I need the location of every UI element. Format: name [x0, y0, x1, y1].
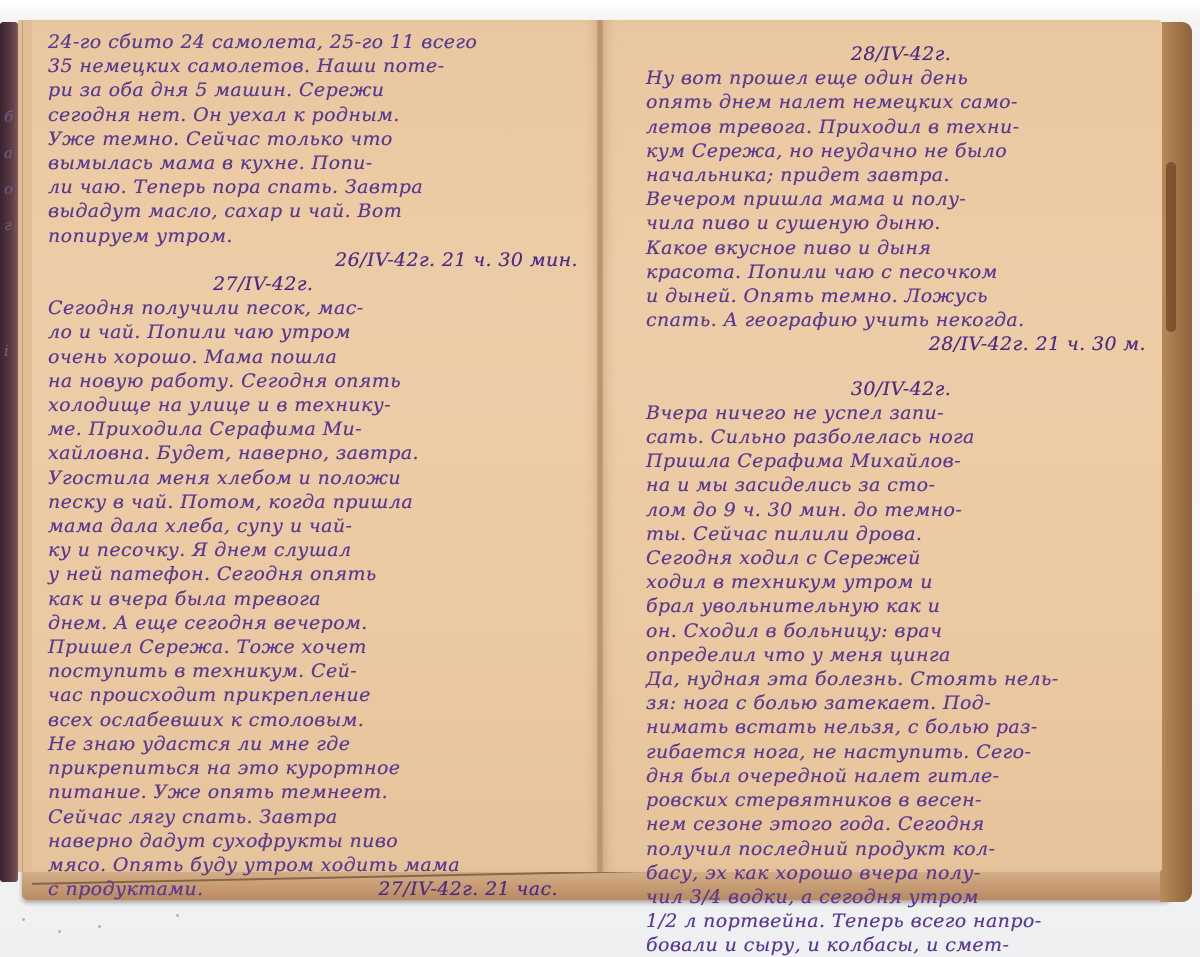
text-line: выдадут масло, сахар и чай. Вот — [48, 199, 588, 223]
entry-signature: 28/IV-42г. 21 ч. 30 м. — [646, 332, 1156, 356]
entry-continued: 24-го сбито 24 самолета, 25-го 11 всего … — [48, 30, 588, 272]
margin-letter: о — [4, 180, 18, 198]
text-line: мама дала хлеба, супу и чай- — [48, 514, 588, 538]
right-page-text: 28/IV-42г. Ну вот прошел еще один день о… — [646, 42, 1156, 957]
left-page-text: 24-го сбито 24 самолета, 25-го 11 всего … — [48, 30, 588, 901]
text-line: Уже темно. Сейчас только что — [48, 127, 588, 151]
entry-spacer — [646, 357, 1156, 377]
text-line: брал увольнительную как и — [646, 594, 1156, 618]
dust-speck — [22, 918, 25, 921]
text-line: летов тревога. Приходил в техни- — [646, 115, 1156, 139]
text-line: наверно дадут сухофрукты пиво — [48, 829, 588, 853]
text-line: Не знаю удастся ли мне где — [48, 732, 588, 756]
text-line: Сегодня получили песок, мас- — [48, 296, 588, 320]
left-margin-letters: б а о г і — [4, 108, 18, 360]
text-line: получил последний продукт кол- — [646, 837, 1156, 861]
dust-speck — [176, 914, 179, 917]
margin-letter: і — [4, 342, 18, 360]
text-line: ходил в техникум утром и — [646, 570, 1156, 594]
text-line: час происходит прикрепление — [48, 683, 588, 707]
text-line: и дыней. Опять темно. Ложусь — [646, 284, 1156, 308]
text-line: прикрепиться на это курортное — [48, 756, 588, 780]
entry-27-april: 27/IV-42г. Сегодня получили песок, мас- … — [48, 272, 588, 901]
text-line: ме. Приходила Серафима Ми- — [48, 417, 588, 441]
text-line: питание. Уже опять темнеет. — [48, 780, 588, 804]
text-line: он. Сходил в больницу: врач — [646, 619, 1156, 643]
text-line: Пришел Сережа. Тоже хочет — [48, 635, 588, 659]
text-line: спать. А географию учить некогда. — [646, 308, 1156, 332]
notebook-cover-right-edge — [1160, 22, 1192, 902]
text-line: сать. Сильно разболелась нога — [646, 425, 1156, 449]
text-line: вымылась мама в кухне. Попи- — [48, 151, 588, 175]
text-line: на и мы засиделись за сто- — [646, 473, 1156, 497]
text-line: гибается нога, не наступить. Сего- — [646, 740, 1156, 764]
text-line: как и вчера была тревога — [48, 587, 588, 611]
text-line: нем сезоне этого года. Сегодня — [646, 812, 1156, 836]
text-line: ли чаю. Теперь пора спать. Завтра — [48, 175, 588, 199]
text-line: Вечером пришла мама и полу- — [646, 187, 1156, 211]
margin-letter: а — [4, 144, 18, 162]
entry-date: 27/IV-42г. — [48, 272, 588, 296]
text-line: кум Сережа, но неудачно не было — [646, 139, 1156, 163]
text-line: определил что у меня цинга — [646, 643, 1156, 667]
text-line: чил 3/4 водки, а сегодня утром — [646, 885, 1156, 909]
entry-signature: 26/IV-42г. 21 ч. 30 мин. — [48, 248, 588, 272]
text-line: чила пиво и сушеную дыню. — [646, 211, 1156, 235]
text-line: 24-го сбито 24 самолета, 25-го 11 всего — [48, 30, 588, 54]
entry-date: 28/IV-42г. — [646, 42, 1156, 66]
text-line: Вчера ничего не успел запи- — [646, 401, 1156, 425]
entry-28-april: 28/IV-42г. Ну вот прошел еще один день о… — [646, 42, 1156, 357]
text-line: у ней патефон. Сегодня опять — [48, 562, 588, 586]
text-line: Сегодня ходил с Сережей — [646, 546, 1156, 570]
text-line: сегодня нет. Он уехал к родным. — [48, 103, 588, 127]
entry-signature: 27/IV-42г. 21 час. — [378, 877, 558, 901]
book-gutter — [597, 20, 603, 872]
text-line: ри за оба дня 5 машин. Сережи — [48, 78, 588, 102]
text-line: с продуктами. — [48, 877, 204, 901]
text-line: нимать встать нельзя, с болью раз- — [646, 715, 1156, 739]
text-line: зя: нога с болью затекает. Под- — [646, 691, 1156, 715]
text-line: холодище на улице и в технику- — [48, 393, 588, 417]
text-line: дня был очередной налет гитле- — [646, 764, 1156, 788]
text-line: начальника; придет завтра. — [646, 163, 1156, 187]
text-line: мясо. Опять буду утром ходить мама — [48, 853, 588, 877]
text-line: Угостила меня хлебом и положи — [48, 466, 588, 490]
entry-date: 30/IV-42г. — [646, 377, 1156, 401]
text-line: красота. Попили чаю с песочком — [646, 260, 1156, 284]
text-line: Какое вкусное пиво и дыня — [646, 236, 1156, 260]
text-line: очень хорошо. Мама пошла — [48, 345, 588, 369]
text-line: днем. А еще сегодня вечером. — [48, 611, 588, 635]
last-line-row: с продуктами. 27/IV-42г. 21 час. — [48, 877, 588, 901]
text-line: Да, нудная эта болезнь. Стоять нель- — [646, 667, 1156, 691]
text-line: на новую работу. Сегодня опять — [48, 369, 588, 393]
text-line: бовали и сыру, и колбасы, и смет- — [646, 933, 1156, 957]
text-line: лом до 9 ч. 30 мин. до темно- — [646, 498, 1156, 522]
margin-letter: г — [4, 216, 18, 234]
dust-speck — [58, 930, 61, 933]
text-line: песку в чай. Потом, когда пришла — [48, 490, 588, 514]
text-line: Пришла Серафима Михайлов- — [646, 449, 1156, 473]
entry-30-april: 30/IV-42г. Вчера ничего не успел запи- с… — [646, 377, 1156, 957]
text-line: 35 немецких самолетов. Наши поте- — [48, 54, 588, 78]
text-line: поступить в техникум. Сей- — [48, 659, 588, 683]
text-line: опять днем налет немецких само- — [646, 90, 1156, 114]
text-line: Сейчас лягу спать. Завтра — [48, 805, 588, 829]
text-line: всех ослабевших к столовым. — [48, 708, 588, 732]
text-line: ло и чай. Попили чаю утром — [48, 320, 588, 344]
text-line: Ну вот прошел еще один день — [646, 66, 1156, 90]
text-line: ты. Сейчас пилили дрова. — [646, 522, 1156, 546]
text-line: басу, эх как хорошо вчера полу- — [646, 861, 1156, 885]
text-line: ку и песочку. Я днем слушал — [48, 538, 588, 562]
text-line: попируем утром. — [48, 224, 588, 248]
text-line: 1/2 л портвейна. Теперь всего напро- — [646, 909, 1156, 933]
text-line: хайловна. Будет, наверно, завтра. — [48, 441, 588, 465]
dust-speck — [98, 925, 101, 928]
margin-letter: б — [4, 108, 18, 126]
text-line: ровских стервятников в весен- — [646, 788, 1156, 812]
